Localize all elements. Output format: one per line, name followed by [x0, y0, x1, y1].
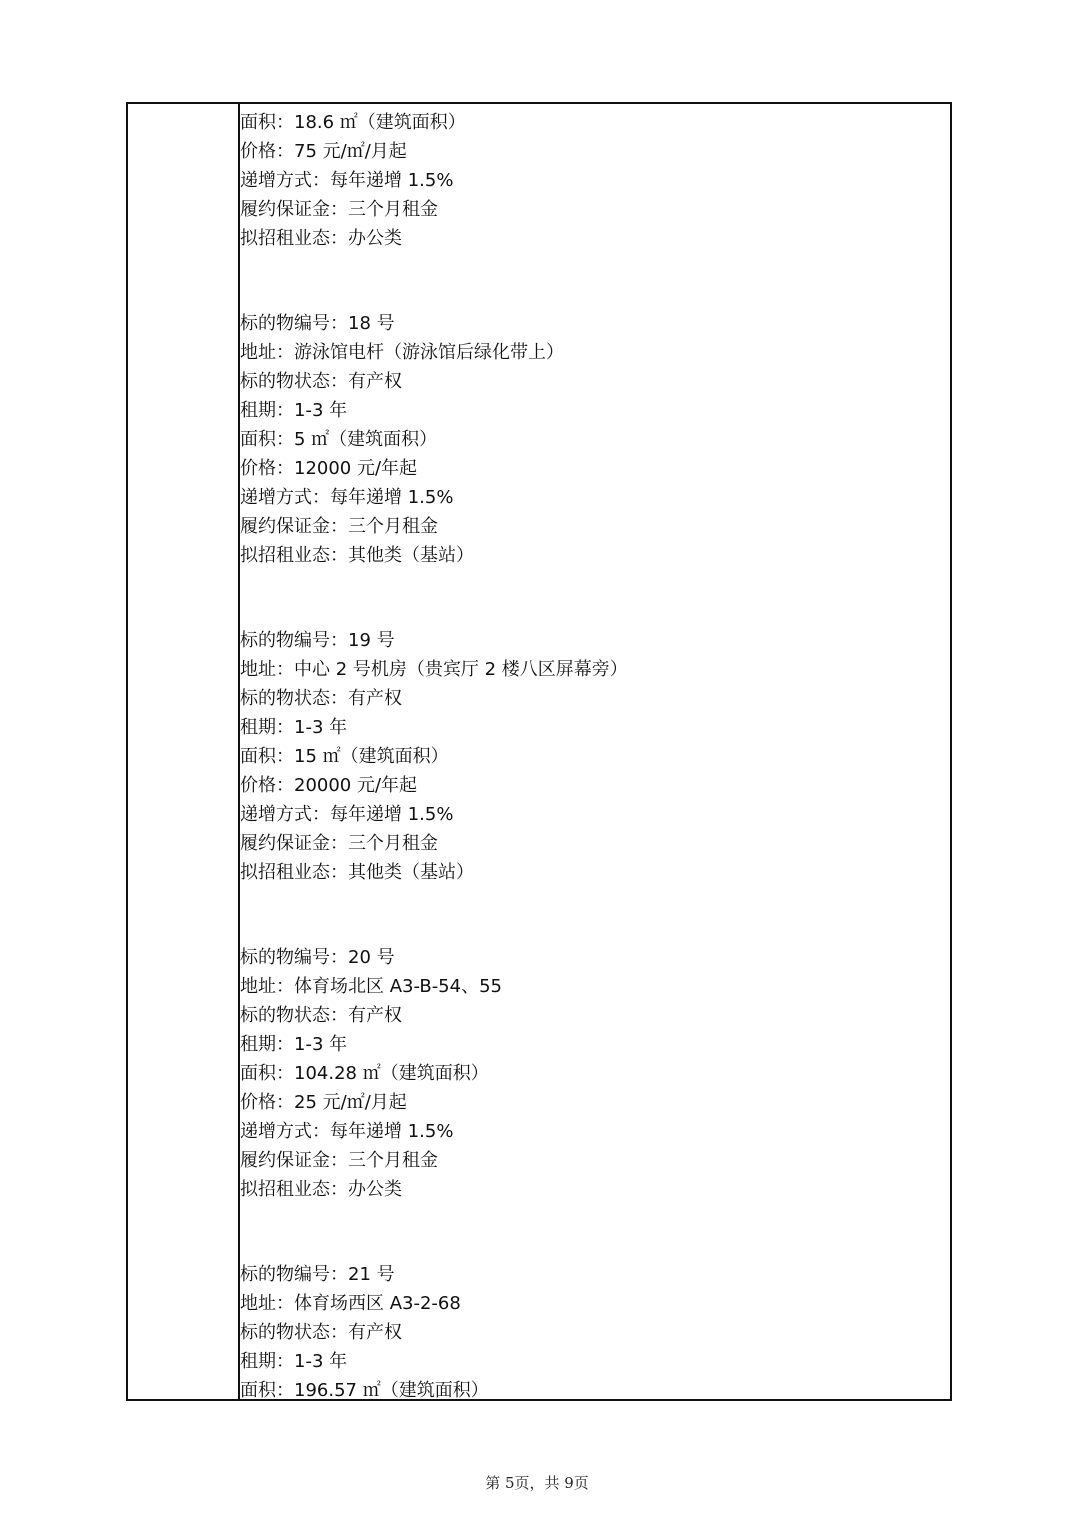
property-field-line: 履约保证金：三个月租金: [240, 1146, 950, 1175]
property-field-line: 标的物编号：20 号: [240, 943, 950, 972]
property-field-line: 递增方式：每年递增 1.5%: [240, 800, 950, 829]
property-field-line: 履约保证金：三个月租金: [240, 829, 950, 858]
property-field-line: 标的物状态：有产权: [240, 1001, 950, 1030]
property-field-line: 标的物编号：18 号: [240, 309, 950, 338]
block-spacer: [240, 1204, 950, 1231]
property-field-line: 标的物编号：21 号: [240, 1260, 950, 1289]
property-field-line: 价格：20000 元/年起: [240, 771, 950, 800]
property-field-line: 拟招租业态：办公类: [240, 1175, 950, 1204]
block-spacer: [240, 253, 950, 280]
property-field-line: 面积：18.6 ㎡（建筑面积）: [240, 108, 950, 137]
table-content-cell: 面积：18.6 ㎡（建筑面积）价格：75 元/㎡/月起递增方式：每年递增 1.5…: [240, 108, 950, 1405]
block-spacer: [240, 887, 950, 914]
property-field-line: 租期：1-3 年: [240, 396, 950, 425]
property-field-line: 标的物状态：有产权: [240, 367, 950, 396]
page-footer: 第 5页，共 9页: [0, 1472, 1074, 1493]
property-field-line: 拟招租业态：办公类: [240, 224, 950, 253]
property-field-line: 价格：12000 元/年起: [240, 454, 950, 483]
property-field-line: 面积：104.28 ㎡（建筑面积）: [240, 1059, 950, 1088]
block-spacer: [240, 570, 950, 597]
property-field-line: 地址：体育场西区 A3-2-68: [240, 1289, 950, 1318]
property-field-line: 价格：75 元/㎡/月起: [240, 137, 950, 166]
property-field-line: 标的物状态：有产权: [240, 1318, 950, 1347]
document-table: 面积：18.6 ㎡（建筑面积）价格：75 元/㎡/月起递增方式：每年递增 1.5…: [126, 102, 952, 1401]
property-field-line: 租期：1-3 年: [240, 713, 950, 742]
property-field-line: 拟招租业态：其他类（基站）: [240, 541, 950, 570]
property-field-line: 递增方式：每年递增 1.5%: [240, 483, 950, 512]
property-field-line: 递增方式：每年递增 1.5%: [240, 166, 950, 195]
property-field-line: 地址：体育场北区 A3-B-54、55: [240, 972, 950, 1001]
blank-line: [240, 597, 950, 626]
property-field-line: 标的物编号：19 号: [240, 626, 950, 655]
blank-line: [240, 914, 950, 943]
property-field-line: 履约保证金：三个月租金: [240, 195, 950, 224]
property-field-line: 面积：5 ㎡（建筑面积）: [240, 425, 950, 454]
property-field-line: 拟招租业态：其他类（基站）: [240, 858, 950, 887]
property-field-line: 地址：游泳馆电杆（游泳馆后绿化带上）: [240, 338, 950, 367]
property-field-line: 地址：中心 2 号机房（贵宾厅 2 楼八区屏幕旁）: [240, 655, 950, 684]
property-field-line: 履约保证金：三个月租金: [240, 512, 950, 541]
blank-line: [240, 280, 950, 309]
property-field-line: 租期：1-3 年: [240, 1347, 950, 1376]
property-field-line: 租期：1-3 年: [240, 1030, 950, 1059]
property-field-line: 价格：25 元/㎡/月起: [240, 1088, 950, 1117]
blank-line: [240, 1231, 950, 1260]
property-field-line: 标的物状态：有产权: [240, 684, 950, 713]
property-field-line: 递增方式：每年递增 1.5%: [240, 1117, 950, 1146]
property-field-line: 面积：15 ㎡（建筑面积）: [240, 742, 950, 771]
property-field-line: 面积：196.57 ㎡（建筑面积）: [240, 1376, 950, 1405]
